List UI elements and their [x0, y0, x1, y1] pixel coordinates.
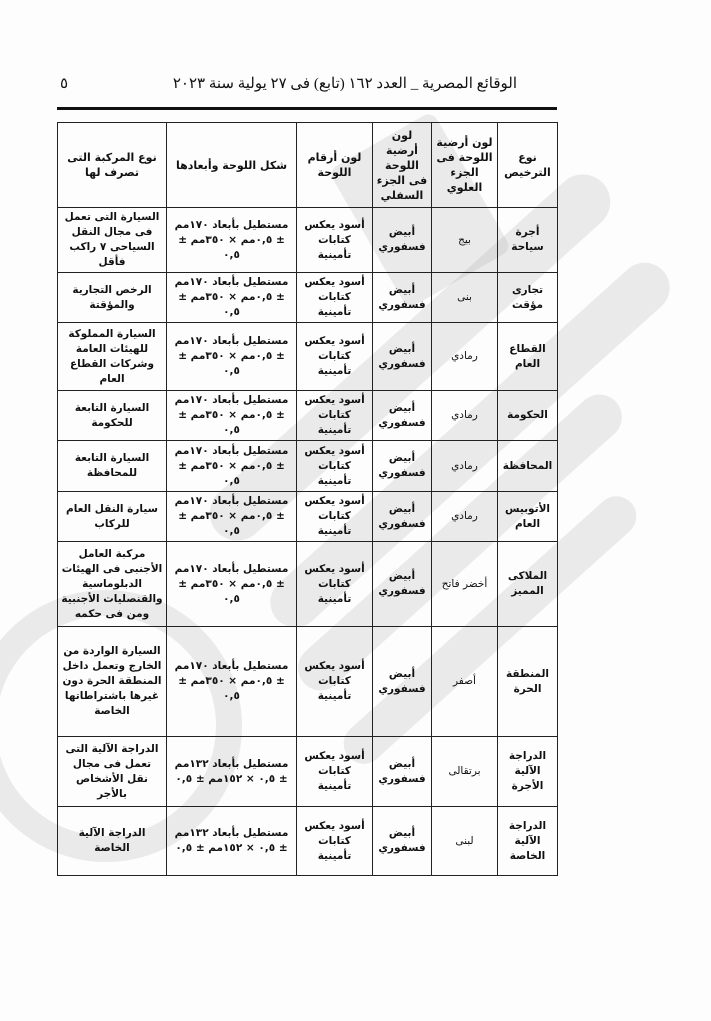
plate-shape-cell: مستطيل بأبعاد ١٧٠مم ± ٠,٥مم × ٣٥٠مم ± ٠,… [167, 542, 297, 627]
vehicle-type-cell: الرخص التجارية والمؤقتة [58, 273, 167, 323]
top-color-cell: أصفر [432, 627, 498, 737]
table-header-row: نوع الترخيص لون أرضية اللوحة فى الجزء ال… [58, 123, 558, 208]
plate-shape-cell: مستطيل بأبعاد ١٧٠مم ± ٠,٥مم × ٣٥٠مم ± ٠,… [167, 492, 297, 542]
vehicle-type-cell: السيارة المملوكة للهيئات العامة وشركات ا… [58, 323, 167, 391]
col-header-bottom-color: لون أرضية اللوحة فى الجزء السفلي [373, 123, 432, 208]
license-type-cell: الملاكى المميز [498, 542, 558, 627]
plate-shape-cell: مستطيل بأبعاد ١٧٠مم ± ٠,٥مم × ٣٥٠مم ± ٠,… [167, 391, 297, 441]
digits-color-cell: أسود يعكس كتابات تأمينية [297, 273, 373, 323]
table-row: الدراجة الآلية الخاصةلبنىأبيض فسفوريأسود… [58, 807, 558, 876]
top-color-cell: بيج [432, 208, 498, 273]
license-type-cell: الدراجة الآلية الأجرة [498, 737, 558, 807]
vehicle-type-cell: مركبة العامل الأجنبى فى الهيئات الدبلوما… [58, 542, 167, 627]
digits-color-cell: أسود يعكس كتابات تأمينية [297, 391, 373, 441]
digits-color-cell: أسود يعكس كتابات تأمينية [297, 441, 373, 492]
bottom-color-cell: أبيض فسفوري [373, 273, 432, 323]
digits-color-cell: أسود يعكس كتابات تأمينية [297, 323, 373, 391]
license-plate-table: نوع الترخيص لون أرضية اللوحة فى الجزء ال… [57, 122, 558, 876]
plate-shape-cell: مستطيل بأبعاد ١٧٠مم ± ٠,٥مم × ٣٥٠مم ± ٠,… [167, 208, 297, 273]
license-type-cell: القطاع العام [498, 323, 558, 391]
vehicle-type-cell: السيارة التابعة للمحافظة [58, 441, 167, 492]
license-type-cell: أجرة سياحة [498, 208, 558, 273]
col-header-plate-shape: شكل اللوحة وأبعادها [167, 123, 297, 208]
plate-shape-cell: مستطيل بأبعاد ١٧٠مم ± ٠,٥مم × ٣٥٠مم ± ٠,… [167, 273, 297, 323]
bottom-color-cell: أبيض فسفوري [373, 391, 432, 441]
digits-color-cell: أسود يعكس كتابات تأمينية [297, 542, 373, 627]
digits-color-cell: أسود يعكس كتابات تأمينية [297, 492, 373, 542]
top-color-cell: برتقالى [432, 737, 498, 807]
plate-shape-cell: مستطيل بأبعاد ١٧٠مم ± ٠,٥مم × ٣٥٠مم ± ٠,… [167, 441, 297, 492]
bottom-color-cell: أبيض فسفوري [373, 737, 432, 807]
bottom-color-cell: أبيض فسفوري [373, 627, 432, 737]
col-header-digits-color: لون أرقام اللوحة [297, 123, 373, 208]
page-header: الوقائع المصرية _ العدد ١٦٢ (تابع) فى ٢٧… [55, 70, 560, 100]
bottom-color-cell: أبيض فسفوري [373, 542, 432, 627]
col-header-vehicle-type: نوع المركبة التى تصرف لها [58, 123, 167, 208]
page-number: ٥ [60, 74, 68, 93]
vehicle-type-cell: السيارة الواردة من الخارج وتعمل داخل الم… [58, 627, 167, 737]
table-row: الدراجة الآلية الأجرةبرتقالىأبيض فسفوريأ… [58, 737, 558, 807]
table-row: تجارى مؤقتبنىأبيض فسفوريأسود يعكس كتابات… [58, 273, 558, 323]
top-color-cell: رمادي [432, 441, 498, 492]
digits-color-cell: أسود يعكس كتابات تأمينية [297, 807, 373, 876]
table-row: القطاع العامرماديأبيض فسفوريأسود يعكس كت… [58, 323, 558, 391]
bottom-color-cell: أبيض فسفوري [373, 208, 432, 273]
header-rule [57, 107, 557, 110]
col-header-top-color: لون أرضية اللوحة فى الجزء العلوي [432, 123, 498, 208]
license-type-cell: الأتوبيس العام [498, 492, 558, 542]
col-header-license-type: نوع الترخيص [498, 123, 558, 208]
vehicle-type-cell: الدراجة الآلية التى تعمل فى مجال نقل الأ… [58, 737, 167, 807]
plate-shape-cell: مستطيل بأبعاد ١٣٢مم ± ٠,٥ × ١٥٢مم ± ٠,٥ [167, 807, 297, 876]
top-color-cell: رمادي [432, 391, 498, 441]
bottom-color-cell: أبيض فسفوري [373, 441, 432, 492]
license-type-cell: الدراجة الآلية الخاصة [498, 807, 558, 876]
table-row: الملاكى المميزأخضر فاتحأبيض فسفوريأسود ي… [58, 542, 558, 627]
gazette-title: الوقائع المصرية _ العدد ١٦٢ (تابع) فى ٢٧… [173, 74, 517, 93]
digits-color-cell: أسود يعكس كتابات تأمينية [297, 627, 373, 737]
license-type-cell: المحافظة [498, 441, 558, 492]
table-row: المحافظةرماديأبيض فسفوريأسود يعكس كتابات… [58, 441, 558, 492]
top-color-cell: أخضر فاتح [432, 542, 498, 627]
plate-shape-cell: مستطيل بأبعاد ١٣٢مم ± ٠,٥ × ١٥٢مم ± ٠,٥ [167, 737, 297, 807]
license-type-cell: الحكومة [498, 391, 558, 441]
table-row: المنطقة الحرةأصفرأبيض فسفوريأسود يعكس كت… [58, 627, 558, 737]
digits-color-cell: أسود يعكس كتابات تأمينية [297, 737, 373, 807]
license-type-cell: تجارى مؤقت [498, 273, 558, 323]
top-color-cell: رمادي [432, 492, 498, 542]
plate-shape-cell: مستطيل بأبعاد ١٧٠مم ± ٠,٥مم × ٣٥٠مم ± ٠,… [167, 627, 297, 737]
top-color-cell: بنى [432, 273, 498, 323]
table-row: الأتوبيس العامرماديأبيض فسفوريأسود يعكس … [58, 492, 558, 542]
bottom-color-cell: أبيض فسفوري [373, 492, 432, 542]
bottom-color-cell: أبيض فسفوري [373, 807, 432, 876]
plate-shape-cell: مستطيل بأبعاد ١٧٠مم ± ٠,٥مم × ٣٥٠مم ± ٠,… [167, 323, 297, 391]
table-row: أجرة سياحةبيجأبيض فسفوريأسود يعكس كتابات… [58, 208, 558, 273]
vehicle-type-cell: السيارة التى تعمل فى مجال النقل السياحى … [58, 208, 167, 273]
digits-color-cell: أسود يعكس كتابات تأمينية [297, 208, 373, 273]
license-type-cell: المنطقة الحرة [498, 627, 558, 737]
vehicle-type-cell: الدراجة الآلية الخاصة [58, 807, 167, 876]
top-color-cell: لبنى [432, 807, 498, 876]
vehicle-type-cell: السيارة التابعة للحكومة [58, 391, 167, 441]
table-row: الحكومةرماديأبيض فسفوريأسود يعكس كتابات … [58, 391, 558, 441]
vehicle-type-cell: سيارة النقل العام للركاب [58, 492, 167, 542]
bottom-color-cell: أبيض فسفوري [373, 323, 432, 391]
top-color-cell: رمادي [432, 323, 498, 391]
